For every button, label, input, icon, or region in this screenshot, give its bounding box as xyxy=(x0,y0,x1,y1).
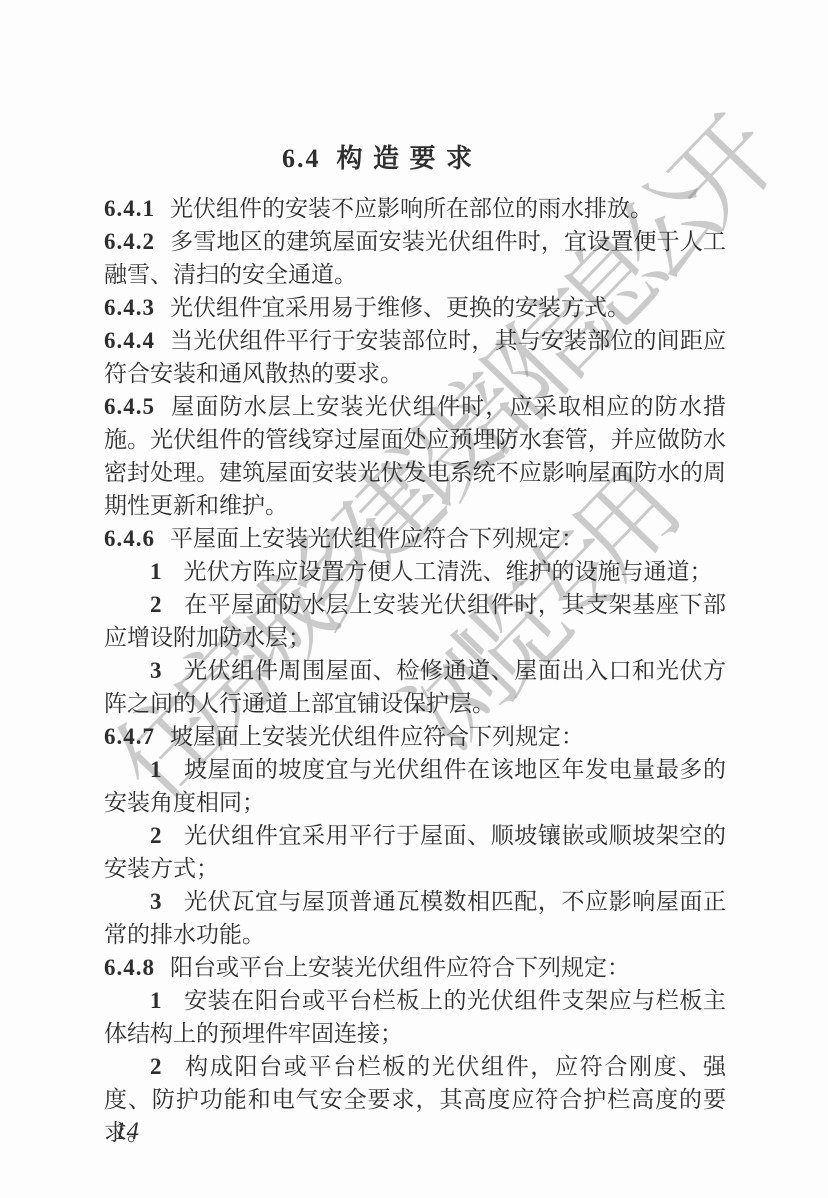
clause-6-4-1: 6.4.1光伏组件的安装不应影响所在部位的雨水排放。 xyxy=(104,192,726,225)
clause-text: 光伏组件的安装不应影响所在部位的雨水排放。 xyxy=(170,196,653,221)
clause-text: 坡屋面上安装光伏组件应符合下列规定： xyxy=(170,724,584,749)
clause-6-4-6-item-1: 1光伏方阵应设置方便人工清洗、维护的设施与通道； xyxy=(104,555,726,588)
clause-6-4-6: 6.4.6平屋面上安装光伏组件应符合下列规定： xyxy=(104,522,726,555)
clause-6-4-8: 6.4.8阳台或平台上安装光伏组件应符合下列规定： xyxy=(104,951,726,984)
item-number: 1 xyxy=(150,559,162,584)
clause-6-4-8-item-2: 2构成阳台或平台栏板的光伏组件，应符合刚度、强度、防护功能和电气安全要求，其高度… xyxy=(104,1050,726,1149)
item-number: 1 xyxy=(150,988,162,1013)
item-number: 3 xyxy=(150,658,162,683)
document-page: 住房城乡建设部信息公开 浏览专用 6.4构 造 要 求 6.4.1光伏组件的安装… xyxy=(0,0,828,1198)
item-number: 2 xyxy=(150,823,162,848)
item-text: 光伏方阵应设置方便人工清洗、维护的设施与通道； xyxy=(184,559,713,584)
clause-6-4-4: 6.4.4当光伏组件平行于安装部位时，其与安装部位的间距应符合安装和通风散热的要… xyxy=(104,324,726,390)
clause-text: 阳台或平台上安装光伏组件应符合下列规定： xyxy=(170,955,630,980)
clause-number: 6.4.8 xyxy=(104,955,155,980)
item-number: 3 xyxy=(150,889,162,914)
clause-number: 6.4.3 xyxy=(104,295,155,320)
item-text: 在平屋面防水层上安装光伏组件时，其支架基座下部应增设附加防水层； xyxy=(104,592,726,650)
clause-list: 6.4.1光伏组件的安装不应影响所在部位的雨水排放。 6.4.2多雪地区的建筑屋… xyxy=(104,192,726,1149)
clause-text: 屋面防水层上安装光伏组件时，应采取相应的防水措施。光伏组件的管线穿过屋面处应预埋… xyxy=(104,394,726,518)
item-number: 2 xyxy=(150,592,162,617)
clause-6-4-2: 6.4.2多雪地区的建筑屋面安装光伏组件时，宜设置便于人工融雪、清扫的安全通道。 xyxy=(104,225,726,291)
item-text: 构成阳台或平台栏板的光伏组件，应符合刚度、强度、防护功能和电气安全要求，其高度应… xyxy=(104,1054,726,1145)
clause-number: 6.4.4 xyxy=(104,328,155,353)
clause-6-4-6-item-3: 3光伏组件周围屋面、检修通道、屋面出入口和光伏方阵之间的人行通道上部宜铺设保护层… xyxy=(104,654,726,720)
clause-6-4-8-item-1: 1安装在阳台或平台栏板上的光伏组件支架应与栏板主体结构上的预埋件牢固连接； xyxy=(104,984,726,1050)
clause-6-4-7-item-2: 2光伏组件宜采用平行于屋面、顺坡镶嵌或顺坡架空的安装方式； xyxy=(104,819,726,885)
clause-text: 当光伏组件平行于安装部位时，其与安装部位的间距应符合安装和通风散热的要求。 xyxy=(104,328,726,386)
page-number: 14 xyxy=(114,1118,139,1146)
clause-6-4-7: 6.4.7坡屋面上安装光伏组件应符合下列规定： xyxy=(104,720,726,753)
item-number: 1 xyxy=(150,757,162,782)
section-number: 6.4 xyxy=(282,144,321,173)
clause-6-4-3: 6.4.3光伏组件宜采用易于维修、更换的安装方式。 xyxy=(104,291,726,324)
item-text: 光伏组件周围屋面、检修通道、屋面出入口和光伏方阵之间的人行通道上部宜铺设保护层。 xyxy=(104,658,726,716)
clause-number: 6.4.1 xyxy=(104,196,155,221)
clause-text: 光伏组件宜采用易于维修、更换的安装方式。 xyxy=(170,295,630,320)
clause-number: 6.4.2 xyxy=(104,229,155,254)
clause-number: 6.4.5 xyxy=(104,394,155,419)
clause-text: 平屋面上安装光伏组件应符合下列规定： xyxy=(170,526,584,551)
clause-6-4-7-item-3: 3光伏瓦宜与屋顶普通瓦模数相匹配，不应影响屋面正常的排水功能。 xyxy=(104,885,726,951)
clause-6-4-6-item-2: 2在平屋面防水层上安装光伏组件时，其支架基座下部应增设附加防水层； xyxy=(104,588,726,654)
item-text: 安装在阳台或平台栏板上的光伏组件支架应与栏板主体结构上的预埋件牢固连接； xyxy=(104,988,726,1046)
clause-number: 6.4.6 xyxy=(104,526,155,551)
item-text: 光伏瓦宜与屋顶普通瓦模数相匹配，不应影响屋面正常的排水功能。 xyxy=(104,889,726,947)
clause-number: 6.4.7 xyxy=(104,724,155,749)
item-text: 坡屋面的坡度宜与光伏组件在该地区年发电量最多的安装角度相同； xyxy=(104,757,726,815)
section-title-text: 构 造 要 求 xyxy=(336,144,474,173)
item-text: 光伏组件宜采用平行于屋面、顺坡镶嵌或顺坡架空的安装方式； xyxy=(104,823,726,881)
clause-6-4-7-item-1: 1坡屋面的坡度宜与光伏组件在该地区年发电量最多的安装角度相同； xyxy=(104,753,726,819)
clause-6-4-5: 6.4.5屋面防水层上安装光伏组件时，应采取相应的防水措施。光伏组件的管线穿过屋… xyxy=(104,390,726,522)
clause-text: 多雪地区的建筑屋面安装光伏组件时，宜设置便于人工融雪、清扫的安全通道。 xyxy=(104,229,726,287)
section-title: 6.4构 造 要 求 xyxy=(0,0,792,176)
item-number: 2 xyxy=(150,1054,162,1079)
